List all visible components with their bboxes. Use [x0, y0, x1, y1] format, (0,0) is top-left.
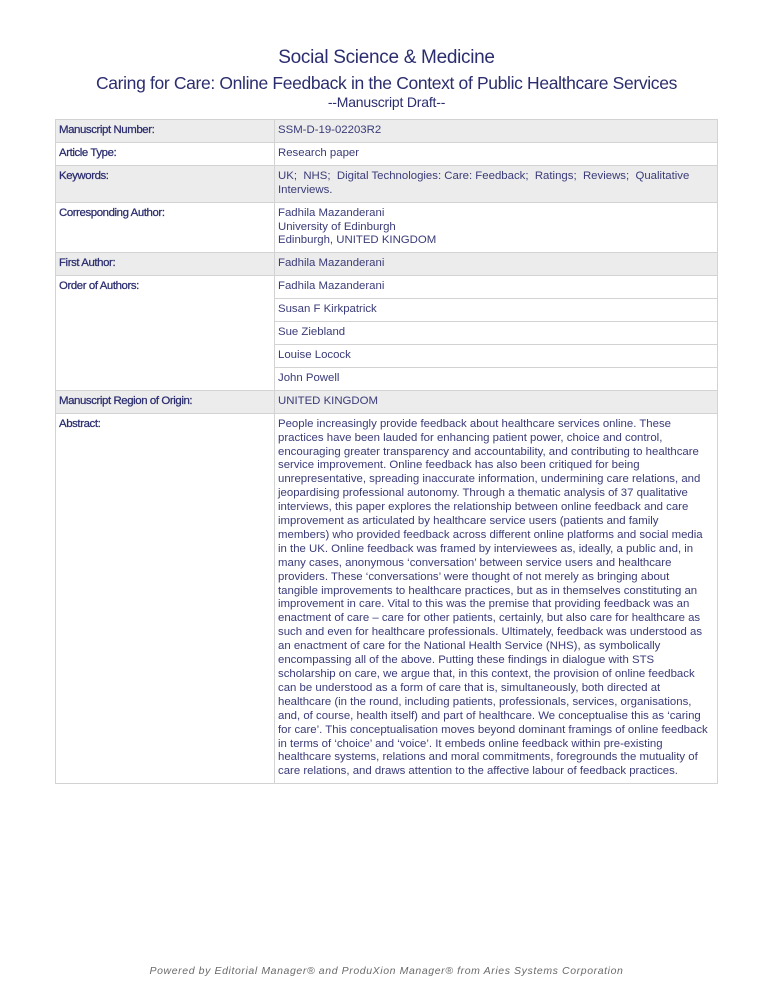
author-item: Sue Ziebland: [275, 322, 718, 345]
row-abstract: Abstract: People increasingly provide fe…: [56, 413, 718, 784]
row-region-of-origin: Manuscript Region of Origin: UNITED KING…: [56, 390, 718, 413]
draft-label: --Manuscript Draft--: [0, 94, 773, 110]
region-of-origin-label: Manuscript Region of Origin:: [56, 390, 275, 413]
author-item: Susan F Kirkpatrick: [275, 299, 718, 322]
region-of-origin-value: UNITED KINGDOM: [275, 390, 718, 413]
row-keywords: Keywords: UK; NHS; Digital Technologies:…: [56, 165, 718, 202]
abstract-label: Abstract:: [56, 413, 275, 784]
corresponding-author-institution: University of Edinburgh: [278, 221, 714, 235]
article-type-value: Research paper: [275, 142, 718, 165]
corresponding-author-value: Fadhila Mazanderani University of Edinbu…: [275, 202, 718, 253]
author-item: Fadhila Mazanderani: [275, 276, 718, 299]
corresponding-author-location: Edinburgh, UNITED KINGDOM: [278, 234, 714, 248]
abstract-text: People increasingly provide feedback abo…: [275, 413, 718, 784]
row-first-author: First Author: Fadhila Mazanderani: [56, 253, 718, 276]
order-of-authors-label: Order of Authors:: [56, 276, 275, 391]
document-header: Social Science & Medicine Caring for Car…: [0, 46, 773, 110]
first-author-label: First Author:: [56, 253, 275, 276]
corresponding-author-label: Corresponding Author:: [56, 202, 275, 253]
article-type-label: Article Type:: [56, 142, 275, 165]
keywords-label: Keywords:: [56, 165, 275, 202]
footer-powered-by: Powered by Editorial Manager® and ProduX…: [0, 965, 773, 977]
manuscript-metadata-table: Manuscript Number: SSM-D-19-02203R2 Arti…: [55, 119, 718, 784]
manuscript-number-label: Manuscript Number:: [56, 120, 275, 143]
keywords-value: UK; NHS; Digital Technologies: Care: Fee…: [275, 165, 718, 202]
author-item: John Powell: [275, 367, 718, 390]
manuscript-number-value: SSM-D-19-02203R2: [275, 120, 718, 143]
row-order-of-authors: Order of Authors: Fadhila Mazanderani: [56, 276, 718, 299]
row-corresponding-author: Corresponding Author: Fadhila Mazanderan…: [56, 202, 718, 253]
row-article-type: Article Type: Research paper: [56, 142, 718, 165]
row-manuscript-number: Manuscript Number: SSM-D-19-02203R2: [56, 120, 718, 143]
article-title: Caring for Care: Online Feedback in the …: [0, 72, 773, 94]
author-item: Louise Locock: [275, 344, 718, 367]
journal-name: Social Science & Medicine: [0, 46, 773, 70]
first-author-value: Fadhila Mazanderani: [275, 253, 718, 276]
corresponding-author-name: Fadhila Mazanderani: [278, 207, 714, 221]
